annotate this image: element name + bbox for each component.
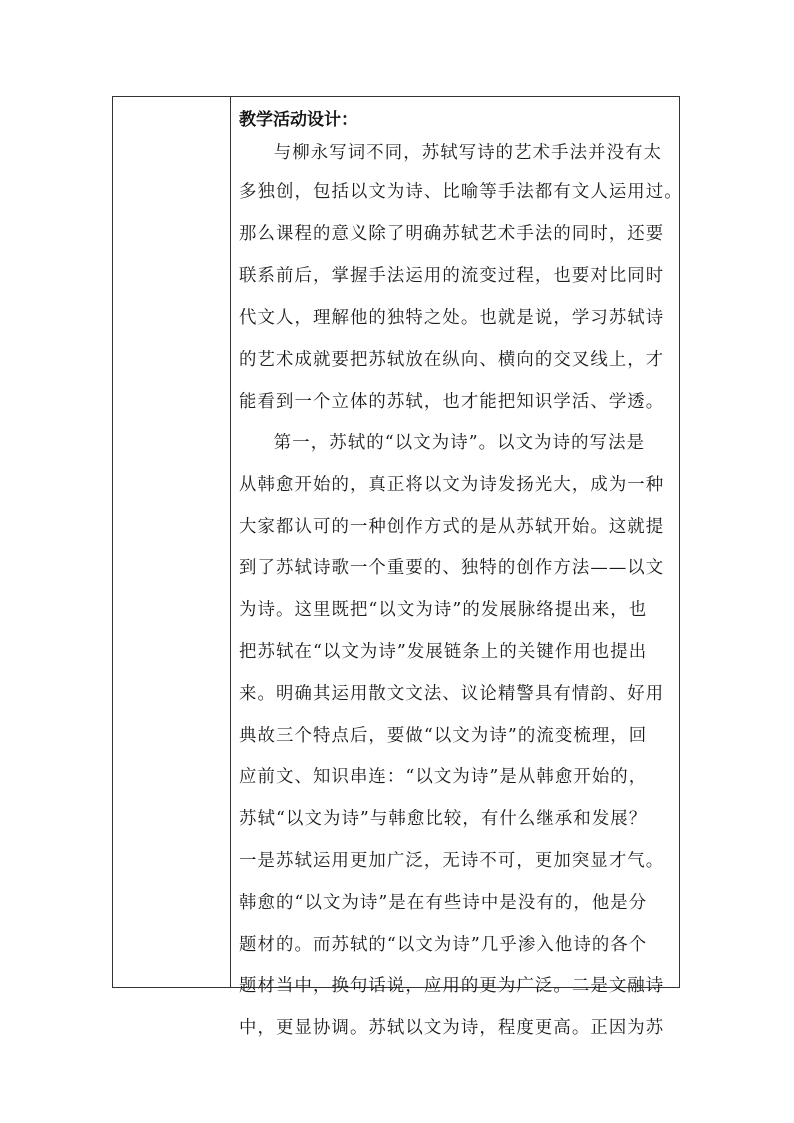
text-line: 多独创，包括以文为诗、比喻等手法都有文人运用过。 [239, 171, 671, 213]
text-line: 应前文、知识串连：“以文为诗”是从韩愈开始的， [239, 757, 671, 799]
text-line: 能看到一个立体的苏轼，也才能把知识学活、学透。 [239, 381, 671, 423]
text-line: 苏轼“以文为诗”与韩愈比较，有什么继承和发展？ [239, 799, 671, 841]
text-line: 韩愈的“以文为诗”是在有些诗中是没有的，他是分 [239, 883, 671, 925]
label-cell [113, 97, 231, 987]
text-line: 大家都认可的一种创作方式的是从苏轼开始。这就提 [239, 507, 671, 549]
text-line: 把苏轼在“以文为诗”发展链条上的关键作用也提出 [239, 632, 671, 674]
text-line: 代文人，理解他的独特之处。也就是说，学习苏轼诗 [239, 297, 671, 339]
text-line: 来。明确其运用散文文法、议论精警具有情韵、好用 [239, 674, 671, 716]
lesson-table: 教学活动设计： 与柳永写词不同，苏轼写诗的艺术手法并没有太 多独创，包括以文为诗… [112, 96, 680, 988]
text-line: 那么课程的意义除了明确苏轼艺术手法的同时，还要 [239, 213, 671, 255]
text-line: 到了苏轼诗歌一个重要的、独特的创作方法——以文 [239, 548, 671, 590]
content-cell: 教学活动设计： 与柳永写词不同，苏轼写诗的艺术手法并没有太 多独创，包括以文为诗… [231, 97, 679, 987]
text-line: 题材当中，换句话说，应用的更为广泛。二是文融诗 [239, 966, 671, 1008]
text-line: 第一，苏轼的“以文为诗”。以文为诗的写法是 [239, 423, 671, 465]
text-line: 从韩愈开始的，真正将以文为诗发扬光大，成为一种 [239, 465, 671, 507]
text-line: 题材的。而苏轼的“以文为诗”几乎渗入他诗的各个 [239, 925, 671, 967]
text-line: 一是苏轼运用更加广泛，无诗不可，更加突显才气。 [239, 841, 671, 883]
text-line: 为诗。这里既把“以文为诗”的发展脉络提出来，也 [239, 590, 671, 632]
text-line: 与柳永写词不同，苏轼写诗的艺术手法并没有太 [239, 135, 671, 171]
text-line: 典故三个特点后，要做“以文为诗”的流变梳理，回 [239, 716, 671, 758]
text-line: 中，更显协调。苏轼以文为诗，程度更高。正因为苏 [239, 1008, 671, 1050]
paragraph-first-point: 第一，苏轼的“以文为诗”。以文为诗的写法是 从韩愈开始的，真正将以文为诗发扬光大… [239, 423, 671, 1050]
section-heading: 教学活动设计： [239, 105, 671, 135]
text-line: 的艺术成就要把苏轼放在纵向、横向的交叉线上，才 [239, 339, 671, 381]
text-line: 联系前后，掌握手法运用的流变过程，也要对比同时 [239, 255, 671, 297]
paragraph-intro: 与柳永写词不同，苏轼写诗的艺术手法并没有太 多独创，包括以文为诗、比喻等手法都有… [239, 135, 671, 423]
